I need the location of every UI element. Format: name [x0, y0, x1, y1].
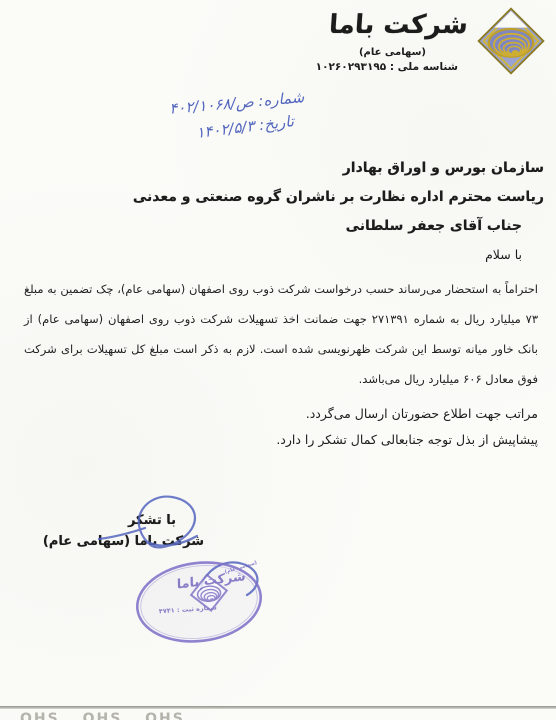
recipient-block: سازمان بورس و اوراق بهادار ریاست محترم ا… [24, 160, 544, 262]
company-name: شرکت باما [328, 10, 469, 40]
body-thanks-line: پیشاپیش از بذل توجه جنابعالی کمال تشکر ر… [29, 432, 538, 447]
national-id-value: ۱۰۲۶۰۲۹۳۱۹۵ [316, 61, 387, 73]
national-id: شناسه ملی : ۱۰۲۶۰۲۹۳۱۹۵ [316, 61, 458, 73]
company-logo-icon [474, 4, 548, 82]
footer-divider [0, 706, 556, 709]
signature-company: شرکت باما (سهامی عام) [43, 534, 204, 549]
national-id-label: شناسه ملی : [390, 61, 458, 73]
body-paragraph: احتراماً به استحضار می‌رساند حسب درخواست… [24, 274, 538, 394]
recipient-organization: سازمان بورس و اوراق بهادار [24, 160, 544, 176]
salutation: با سلام [24, 247, 522, 262]
letter-body: احتراماً به استحضار می‌رساند حسب درخواست… [24, 274, 538, 447]
letter-date-label: تاریخ: [258, 112, 295, 134]
recipient-person: جناب آقای جعفر سلطانی [24, 218, 522, 234]
company-stamp: شرکت باما (سهامی عام) شماره ثبت : ۴۷۴۱ [129, 552, 268, 651]
body-notify-line: مراتب جهت اطلاع حضورتان ارسال می‌گردد. [30, 406, 538, 421]
scanned-letter-page: شرکت باما (سهامی عام) شناسه ملی : ۱۰۲۶۰۲… [0, 0, 556, 720]
stamp-registration-value: ۴۷۴۱ [159, 606, 175, 615]
letter-number-label: شماره: [257, 88, 304, 110]
letter-date-value: ۱۴۰۲/۵/۳ [195, 117, 255, 142]
signature-closing: با تشکر [128, 513, 176, 528]
footer-certification-partial-text: OHS OHS OHS [20, 711, 185, 720]
letter-number-value: ص/۴۰۲/۱۰۶۸ [168, 93, 254, 118]
letter-date: تاریخ: ۱۴۰۲/۵/۳ [195, 112, 295, 142]
company-type: (سهامی عام) [359, 47, 426, 58]
recipient-department: ریاست محترم اداره نظارت بر ناشران گروه ص… [24, 189, 544, 205]
